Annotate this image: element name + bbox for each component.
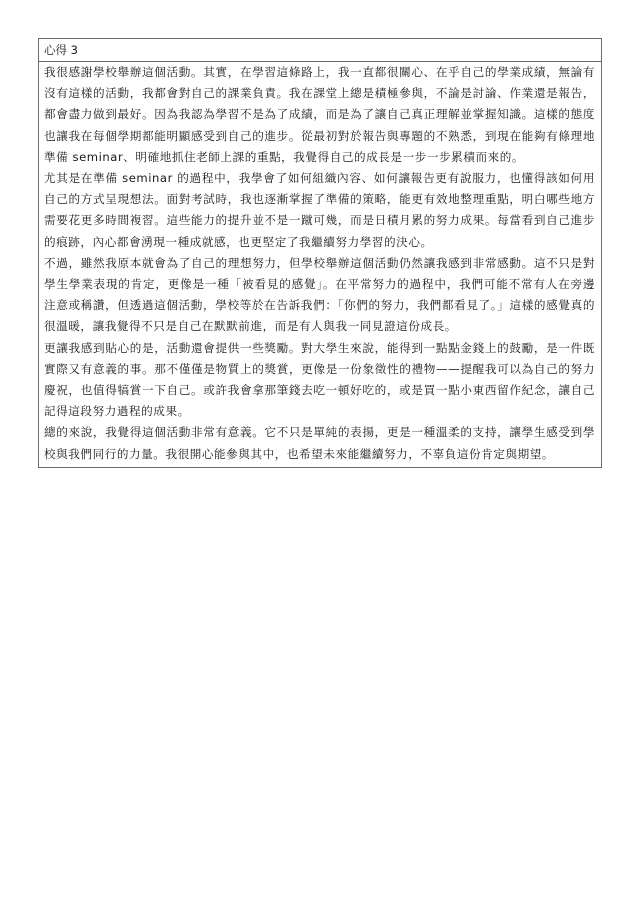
paragraph-1: 我很感謝學校舉辦這個活動。其實，在學習這條路上，我一直都很關心、在乎自己的學業成…: [44, 62, 595, 168]
paragraph-3: 不過，雖然我原本就會為了自己的理想努力，但學校舉辦這個活動仍然讓我感到非常感動。…: [44, 253, 595, 338]
document-page: 心得 3 我很感謝學校舉辦這個活動。其實，在學習這條路上，我一直都很關心、在乎自…: [0, 0, 640, 905]
reflection-title: 心得 3: [39, 39, 601, 62]
paragraph-4: 更讓我感到貼心的是，活動還會提供一些獎勵。對大學生來說，能得到一點點金錢上的鼓勵…: [44, 338, 595, 423]
reflection-body: 我很感謝學校舉辦這個活動。其實，在學習這條路上，我一直都很關心、在乎自己的學業成…: [39, 62, 601, 467]
paragraph-5: 總的來說，我覺得這個活動非常有意義。它不只是單純的表揚，更是一種溫柔的支持，讓學…: [44, 422, 595, 464]
reflection-table: 心得 3 我很感謝學校舉辦這個活動。其實，在學習這條路上，我一直都很關心、在乎自…: [38, 38, 602, 468]
paragraph-2: 尤其是在準備 seminar 的過程中，我學會了如何組織內容、如何讓報告更有說服…: [44, 168, 595, 253]
